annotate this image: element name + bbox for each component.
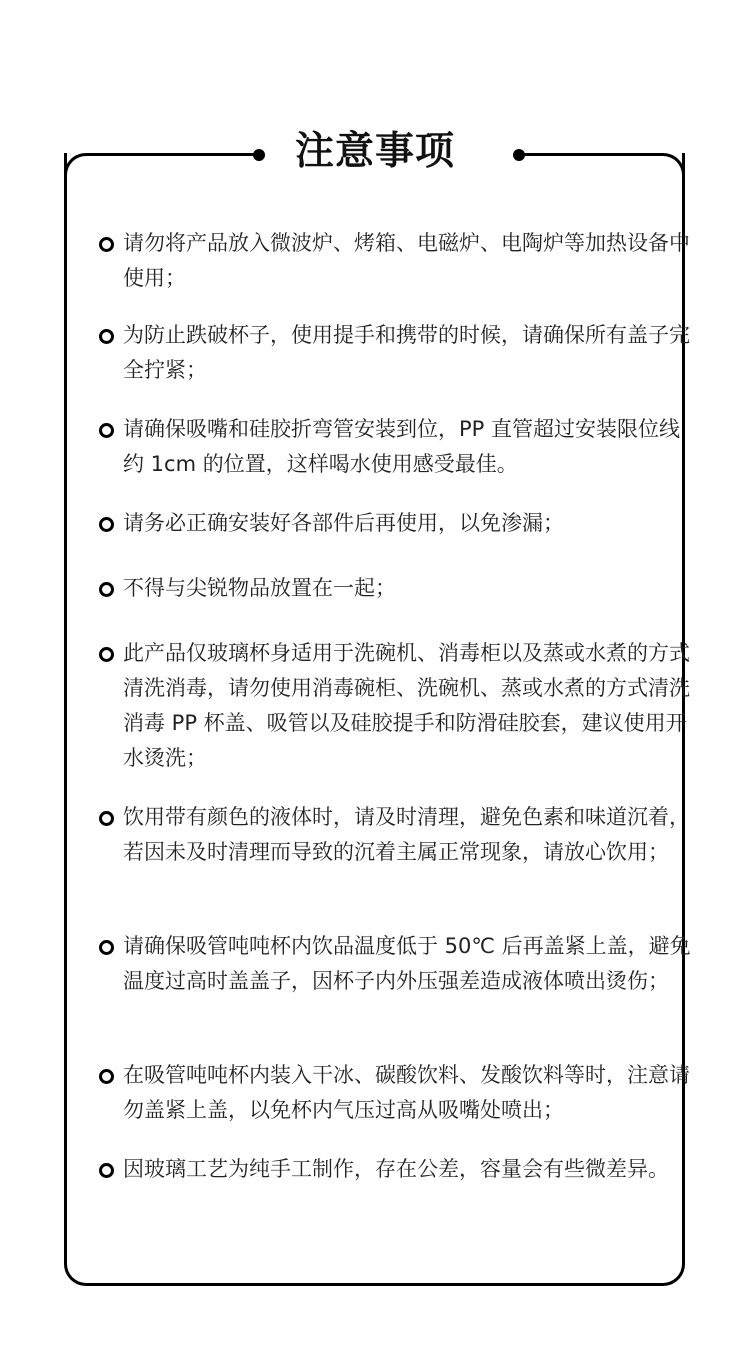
ring-bullet-icon [99, 237, 114, 252]
notice-item: 不得与尖锐物品放置在一起； [97, 571, 693, 606]
notice-text: 在吸管吨吨杯内装入干冰、碳酸饮料、发酸饮料等时，注意请勿盖紧上盖，以免杯内气压过… [123, 1063, 690, 1122]
ring-bullet-icon [99, 647, 114, 662]
ring-bullet-icon [99, 811, 114, 826]
notice-item: 请确保吸嘴和硅胶折弯管安装到位，PP 直管超过安装限位线约 1cm 的位置，这样… [97, 412, 693, 482]
notice-item: 请勿将产品放入微波炉、烤箱、电磁炉、电陶炉等加热设备中使用； [97, 226, 693, 296]
notice-item: 请确保吸管吨吨杯内饮品温度低于 50℃ 后再盖紧上盖，避免温度过高时盖盖子，因杯… [97, 929, 693, 999]
notice-item: 请务必正确安装好各部件后再使用，以免渗漏； [97, 506, 693, 541]
page-title: 注意事项 [0, 126, 750, 178]
notice-text: 饮用带有颜色的液体时，请及时清理，避免色素和味道沉着，若因未及时清理而导致的沉着… [123, 805, 690, 864]
notice-text: 因玻璃工艺为纯手工制作，存在公差，容量会有些微差异。 [123, 1157, 669, 1181]
ring-bullet-icon [99, 1069, 114, 1084]
notice-item: 此产品仅玻璃杯身适用于洗碗机、消毒柜以及蒸或水煮的方式清洗消毒，请勿使用消毒碗柜… [97, 636, 693, 776]
ring-bullet-icon [99, 423, 114, 438]
ring-bullet-icon [99, 582, 114, 597]
notice-item: 在吸管吨吨杯内装入干冰、碳酸饮料、发酸饮料等时，注意请勿盖紧上盖，以免杯内气压过… [97, 1058, 693, 1128]
notice-text: 不得与尖锐物品放置在一起； [123, 576, 396, 600]
notice-text: 请确保吸嘴和硅胶折弯管安装到位，PP 直管超过安装限位线约 1cm 的位置，这样… [123, 417, 680, 476]
notice-item: 饮用带有颜色的液体时，请及时清理，避免色素和味道沉着，若因未及时清理而导致的沉着… [97, 800, 693, 870]
notice-text: 为防止跌破杯子，使用提手和携带的时候，请确保所有盖子完全拧紧； [123, 323, 690, 382]
ring-bullet-icon [99, 517, 114, 532]
notice-item: 为防止跌破杯子，使用提手和携带的时候，请确保所有盖子完全拧紧； [97, 318, 693, 388]
ring-bullet-icon [99, 940, 114, 955]
ring-bullet-icon [99, 329, 114, 344]
ring-bullet-icon [99, 1163, 114, 1178]
notice-text: 此产品仅玻璃杯身适用于洗碗机、消毒柜以及蒸或水煮的方式清洗消毒，请勿使用消毒碗柜… [123, 641, 690, 770]
notice-text: 请务必正确安装好各部件后再使用，以免渗漏； [123, 511, 564, 535]
notice-text: 请勿将产品放入微波炉、烤箱、电磁炉、电陶炉等加热设备中使用； [123, 231, 690, 290]
notice-item: 因玻璃工艺为纯手工制作，存在公差，容量会有些微差异。 [97, 1152, 693, 1187]
notice-text: 请确保吸管吨吨杯内饮品温度低于 50℃ 后再盖紧上盖，避免温度过高时盖盖子，因杯… [123, 934, 691, 993]
